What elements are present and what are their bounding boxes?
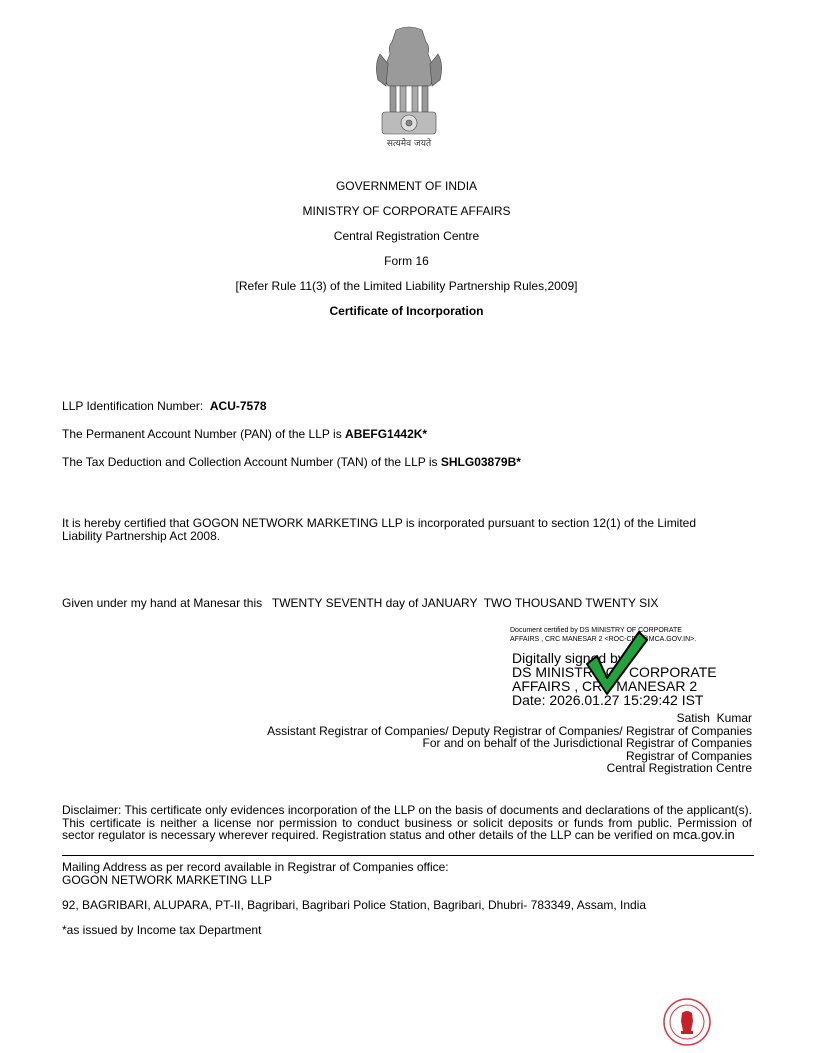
llpin-label: LLP Identification Number: [62,399,203,413]
header-form: Form 16 [0,254,813,268]
footnote: *as issued by Income tax Department [62,924,261,937]
header-centre: Central Registration Centre [0,229,813,243]
mailing-address: Mailing Address as per record available … [62,861,449,886]
pan-value: ABEFG1442K* [345,427,427,441]
mca-seal-icon [662,997,712,1047]
header-rule-reference: [Refer Rule 11(3) of the Limited Liabili… [0,279,813,293]
pan-label: The Permanent Account Number (PAN) of th… [62,427,342,441]
llpin-value: ACU-7578 [210,399,267,413]
llpin-line: LLP Identification Number: ACU-7578 [62,400,267,413]
signatory-behalf: For and on behalf of the Jurisdictional … [267,737,752,750]
signatory-name: Satish Kumar [267,712,752,725]
pan-line: The Permanent Account Number (PAN) of th… [62,428,427,441]
certification-statement: It is hereby certified that GOGON NETWOR… [62,517,696,543]
header-ministry: MINISTRY OF CORPORATE AFFAIRS [0,204,813,218]
certificate-title: Certificate of Incorporation [0,304,813,318]
signatory-centre: Central Registration Centre [267,762,752,775]
tan-value: SHLG03879B* [441,455,521,469]
given-under-hand: Given under my hand at Manesar this TWEN… [62,597,658,610]
mca-link[interactable]: mca.gov.in [673,827,735,842]
green-checkmark-icon [583,628,649,698]
mailing-label: Mailing Address as per record available … [62,861,449,874]
tan-line: The Tax Deduction and Collection Account… [62,456,521,469]
state-emblem-icon [366,24,452,150]
disclaimer: Disclaimer: This certificate only eviden… [62,804,752,842]
header-government: GOVERNMENT OF INDIA [0,179,813,193]
mailing-street-address: 92, BAGRIBARI, ALUPARA, PT-II, Bagribari… [62,899,646,912]
mailing-name: GOGON NETWORK MARKETING LLP [62,874,449,887]
divider [62,855,754,856]
national-motto: सत्यमेव जयते [366,136,452,149]
tan-label: The Tax Deduction and Collection Account… [62,455,438,469]
signatory-block: Satish Kumar Assistant Registrar of Comp… [267,712,752,775]
